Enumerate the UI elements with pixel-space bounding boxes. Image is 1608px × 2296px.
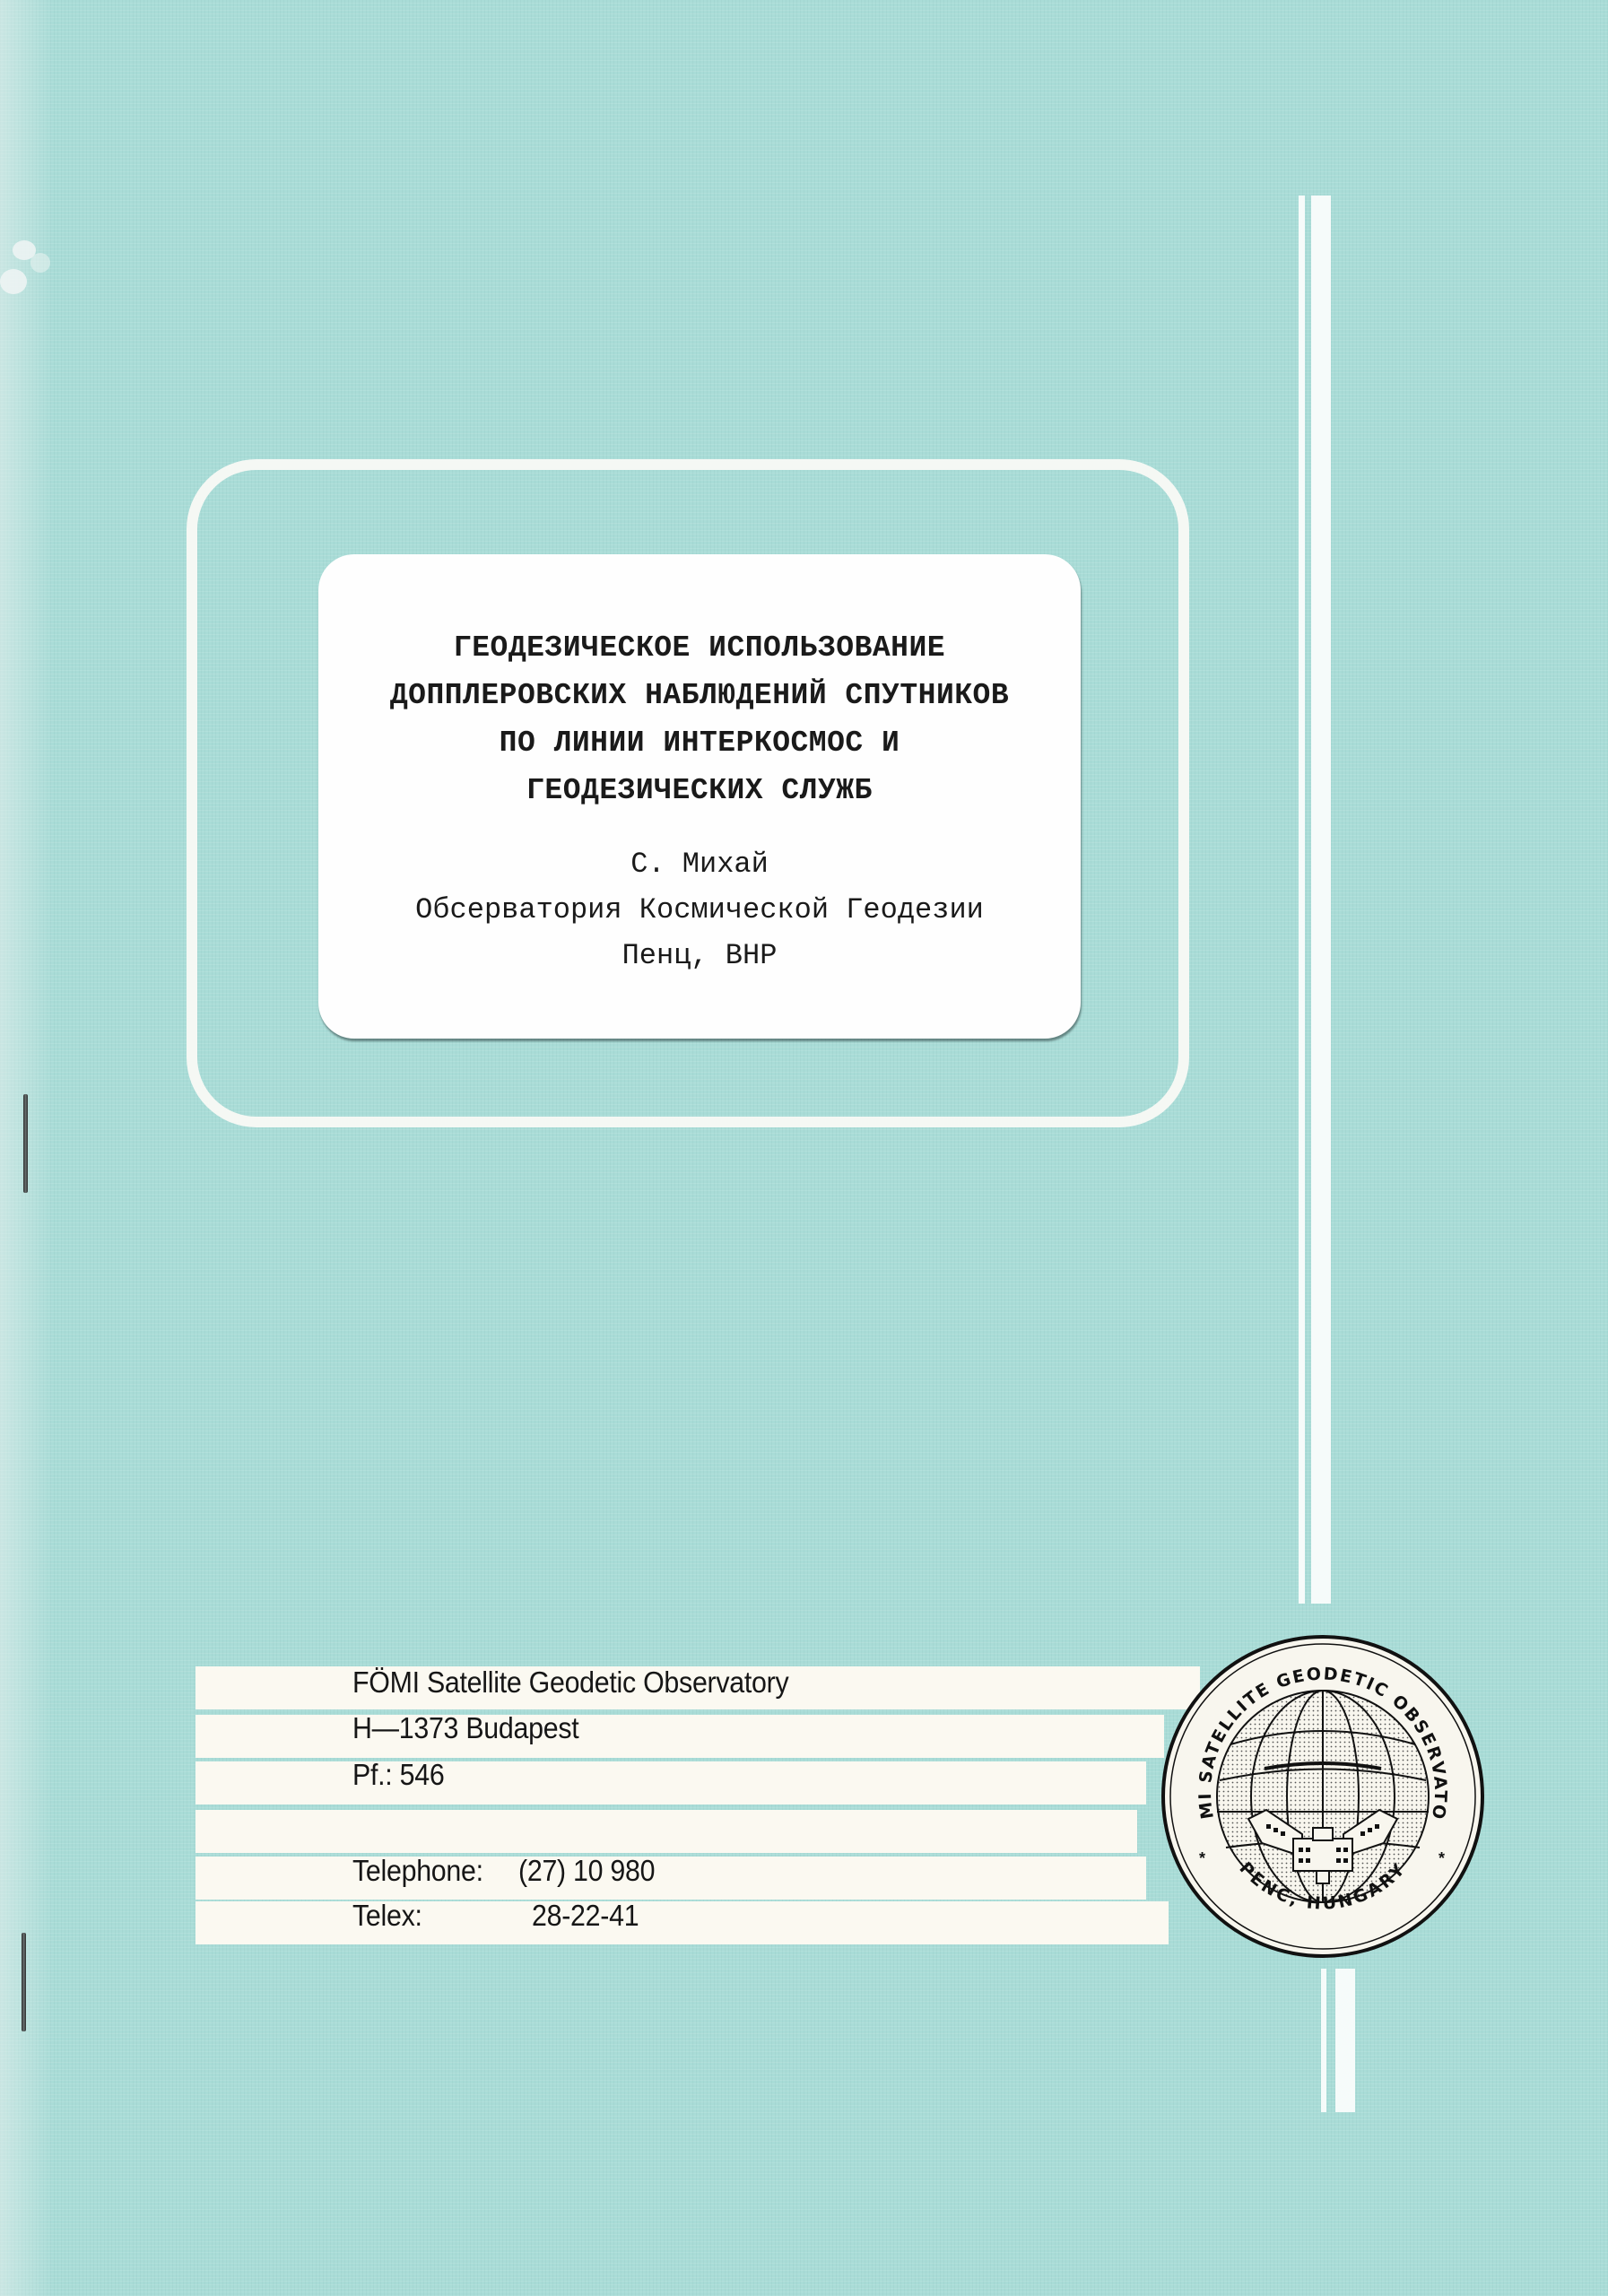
banner-strip [196, 1761, 1146, 1805]
banner-strip [196, 1901, 1169, 1944]
title-line: ГЕОДЕЗИЧЕСКИХ СЛУЖБ [318, 767, 1081, 814]
svg-text:*: * [1199, 1849, 1205, 1867]
banner-strip [196, 1857, 1146, 1900]
telephone-label: Telephone: [352, 1854, 483, 1888]
title-line: ДОППЛЕРОВСКИХ НАБЛЮДЕНИЙ СПУТНИКОВ [318, 672, 1081, 719]
author: С. Михай [318, 841, 1081, 887]
telephone-value: (27) 10 980 [518, 1854, 655, 1888]
document-title: ГЕОДЕЗИЧЕСКОЕ ИСПОЛЬЗОВАНИЕ ДОППЛЕРОВСКИ… [318, 624, 1081, 814]
telex-label: Telex: [352, 1899, 422, 1933]
vertical-stripe-thin [1299, 196, 1305, 1604]
banner-strip [196, 1810, 1137, 1853]
staple-bottom [22, 1933, 26, 2031]
telex-value: 28-22-41 [532, 1899, 639, 1933]
publisher-address: H—1373 Budapest [352, 1711, 578, 1745]
globe-seal-icon: FÖMI SATELLITE GEODETIC OBSERVATORY PENC… [1159, 1632, 1487, 1961]
vertical-stripe-thin-bottom [1321, 1969, 1326, 2112]
title-line: ПО ЛИНИИ ИНТЕРКОСМОС И [318, 719, 1081, 767]
observatory-seal: FÖMI SATELLITE GEODETIC OBSERVATORY PENC… [1159, 1632, 1487, 1961]
location: Пенц, ВНР [318, 933, 1081, 978]
vertical-stripe-wide [1311, 196, 1331, 1604]
spine-damage [0, 269, 27, 294]
title-label: ГЕОДЕЗИЧЕСКОЕ ИСПОЛЬЗОВАНИЕ ДОППЛЕРОВСКИ… [318, 554, 1081, 1039]
publisher-po-box: Pf.: 546 [352, 1758, 444, 1792]
staple-top [23, 1094, 28, 1193]
publisher-name: FÖMI Satellite Geodetic Observatory [352, 1665, 788, 1700]
title-line: ГЕОДЕЗИЧЕСКОЕ ИСПОЛЬЗОВАНИЕ [318, 624, 1081, 672]
institution: Обсерватория Космической Геодезии [318, 887, 1081, 933]
svg-text:*: * [1439, 1849, 1445, 1867]
banner-strip [196, 1715, 1164, 1758]
vertical-stripe-wide-bottom [1335, 1969, 1355, 2112]
spine-damage [30, 253, 50, 273]
